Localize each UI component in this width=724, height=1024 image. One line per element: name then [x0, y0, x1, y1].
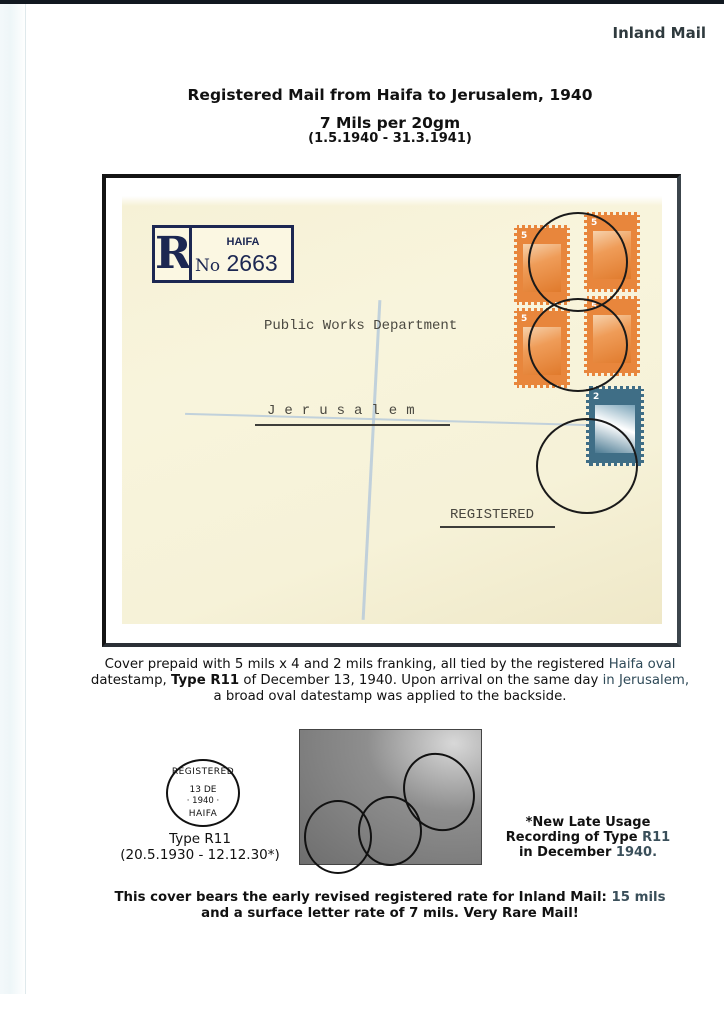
- stamp-denomination: 2: [593, 392, 599, 402]
- stamp-denomination: 5: [521, 231, 527, 241]
- postmark-city: HAIFA: [168, 809, 238, 819]
- caption-highlight: Haifa oval: [609, 657, 676, 672]
- rate-summary: This cover bears the early revised regis…: [0, 890, 724, 922]
- late-usage-note: *New Late Usage Recording of Type R11 in…: [488, 815, 688, 860]
- summary-text: This cover bears the early revised regis…: [114, 890, 611, 905]
- cover-description: Cover prepaid with 5 mils x 4 and 2 mils…: [0, 657, 724, 705]
- registration-label: R HAIFA No 2663: [152, 225, 294, 283]
- haifa-registered-postmark: [528, 298, 628, 392]
- registration-number: No 2663: [195, 250, 278, 277]
- postmark-date: 13 DE: [168, 785, 238, 795]
- destination-text: Jerusalem: [267, 403, 424, 419]
- album-page-binding-edge: [0, 4, 26, 994]
- registered-endorsement: REGISTERED: [450, 507, 534, 523]
- caption-type-bold: Type R11: [171, 673, 239, 688]
- number-value: 2663: [227, 250, 278, 276]
- haifa-registered-postmark: [528, 212, 628, 312]
- page-title: Registered Mail from Haifa to Jerusalem,…: [0, 86, 724, 104]
- haifa-registered-postmark: [536, 418, 638, 514]
- caption-highlight: in Jerusalem,: [603, 673, 689, 688]
- registration-city: HAIFA: [195, 236, 291, 248]
- cover-backside-image: [299, 729, 482, 865]
- number-prefix: No: [195, 256, 220, 276]
- addressee-text: Public Works Department: [264, 318, 457, 334]
- stamp-denomination: 5: [521, 314, 527, 324]
- rate-period: (1.5.1940 - 31.3.1941): [0, 131, 724, 146]
- summary-highlight: 15 mils: [612, 890, 666, 905]
- caption-text: a broad oval datestamp was applied to th…: [213, 689, 566, 704]
- postmark-type-range: (20.5.1930 - 12.12.30*): [110, 847, 290, 863]
- scan-top-edge: [0, 0, 724, 4]
- note-line: *New Late Usage: [526, 815, 651, 830]
- caption-text: of December 13, 1940. Upon arrival on th…: [239, 673, 603, 688]
- type-r11-postmark-drawing: REGISTERED 13 DE · 1940 · HAIFA: [166, 759, 240, 827]
- haifa-postmark-backside: [358, 796, 422, 866]
- destination-underline: [255, 424, 450, 426]
- caption-text: Cover prepaid with 5 mils x 4 and 2 mils…: [105, 657, 609, 672]
- endorsement-underline: [440, 526, 555, 528]
- rate-subtitle: 7 Mils per 20gm: [0, 114, 724, 132]
- section-label: Inland Mail: [613, 24, 707, 42]
- registration-letter: R: [155, 228, 192, 280]
- note-highlight: 1940.: [616, 845, 657, 860]
- postmark-top-text: REGISTERED: [168, 767, 238, 777]
- caption-text: datestamp,: [91, 673, 171, 688]
- note-highlight: R11: [642, 830, 670, 845]
- postmark-year: · 1940 ·: [168, 796, 238, 806]
- note-line: Recording of Type: [506, 830, 642, 845]
- note-line: in December: [519, 845, 616, 860]
- summary-text: and a surface letter rate of 7 mils. Ver…: [201, 906, 579, 921]
- postmark-type-name: Type R11: [110, 831, 290, 847]
